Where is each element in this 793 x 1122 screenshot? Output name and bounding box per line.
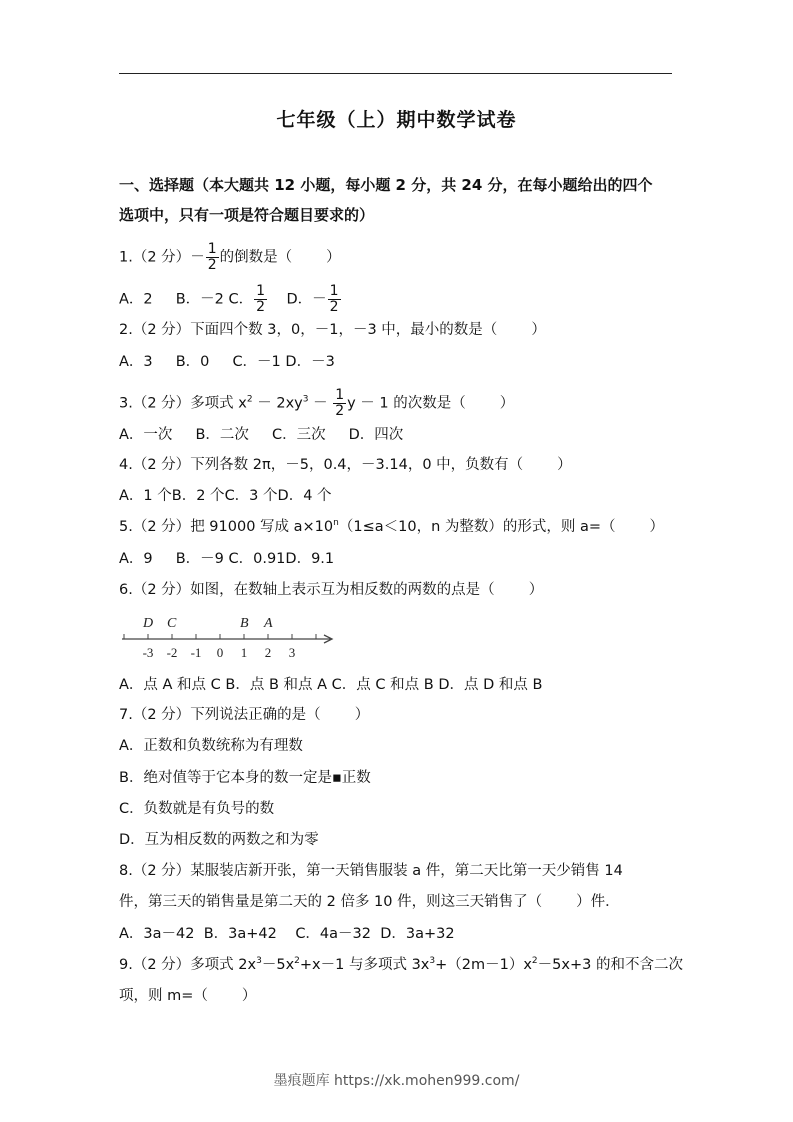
numerator: 1 <box>254 284 267 300</box>
option-a: A．3a－42 <box>119 926 194 942</box>
question-stem: +（2m－1）x <box>435 957 532 973</box>
question-stem: 如图，在数轴上表示互为相反数的两数的点是（ <box>190 582 495 598</box>
question-number: 2. <box>119 322 133 338</box>
fraction: 12 <box>206 242 219 273</box>
tick-label: 2 <box>265 645 272 660</box>
point-label-c: C <box>167 616 177 631</box>
option-a: A．2 <box>119 292 153 308</box>
option-a: A．正数和负数统称为有理数 <box>119 736 303 756</box>
tick-label: -2 <box>167 645 178 660</box>
answer-bracket: ） <box>326 250 341 266</box>
answer-bracket: ） <box>557 457 572 473</box>
point-label-a: A <box>263 616 273 631</box>
answer-bracket: ）件． <box>576 894 620 910</box>
answer-bracket: ） <box>500 396 515 412</box>
question-2-options: A．3 B．0 C．－1 D．－3 <box>119 352 335 372</box>
option-d: D．互为相反数的两数之和为零 <box>119 830 319 850</box>
question-points: （2 分） <box>133 582 190 598</box>
question-stem: －5x+3 的和不含二次 <box>538 957 683 973</box>
question-6: 6.（2 分）如图，在数轴上表示互为相反数的两数的点是（） <box>119 580 543 600</box>
question-9: 9.（2 分）多项式 2x3－5x2+x－1 与多项式 3x3+（2m－1）x2… <box>119 955 683 975</box>
denominator: 2 <box>333 404 346 419</box>
question-stem: － <box>308 396 332 412</box>
question-stem: 某服装店新开张，第一天销售服装 a 件，第二天比第一天少销售 14 <box>190 863 623 879</box>
numerator: 1 <box>206 242 219 258</box>
question-2: 2.（2 分）下面四个数 3，0，－1，－3 中，最小的数是（） <box>119 320 546 340</box>
option-b: B．2 个 <box>172 488 225 504</box>
numerator: 1 <box>333 388 346 404</box>
question-stem: 下列各数 2π，－5，0.4，－3.14，0 中，负数有（ <box>190 457 523 473</box>
question-number: 8. <box>119 863 133 879</box>
page-title: 七年级（上）期中数学试卷 <box>0 105 793 132</box>
option-b: B．0 <box>176 354 210 370</box>
question-points: （2 分） <box>133 863 190 879</box>
question-9-line2: 项，则 m=（） <box>119 986 256 1006</box>
point-label-b: B <box>240 616 249 631</box>
option-d: D．4 个 <box>278 488 332 504</box>
option-b: B．－2 <box>176 292 224 308</box>
option-a: A．一次 <box>119 427 172 443</box>
option-d: D． <box>286 292 312 308</box>
question-points: （2 分） <box>133 519 190 535</box>
option-d: D．四次 <box>349 427 404 443</box>
denominator: 2 <box>254 300 267 315</box>
question-number: 1. <box>119 250 133 266</box>
answer-bracket: ） <box>355 707 370 723</box>
option-b: B．绝对值等于它本身的数一定是▪正数 <box>119 768 371 788</box>
option-a: A．3 <box>119 354 153 370</box>
question-stem: +x－1 与多项式 3x <box>300 957 429 973</box>
question-number: 9. <box>119 957 133 973</box>
question-points: （2 分） <box>133 707 190 723</box>
question-5: 5.（2 分）把 91000 写成 a×10n（1≤a＜10，n 为整数）的形式… <box>119 517 664 537</box>
numerator: 1 <box>328 284 341 300</box>
question-stem: － 2xy <box>253 396 303 412</box>
question-5-options: A．9 B．－9 C．0.91D．9.1 <box>119 549 334 569</box>
question-3-options: A．一次 B．二次 C．三次 D．四次 <box>119 425 403 445</box>
option-d: D．9.1 <box>285 551 334 567</box>
question-number: 5. <box>119 519 133 535</box>
exam-page: 七年级（上）期中数学试卷 一、选择题（本大题共 12 小题，每小题 2 分，共 … <box>0 0 793 1122</box>
option-c: C．0.91 <box>229 551 286 567</box>
option-c: C．三次 <box>272 427 326 443</box>
section-heading-line2: 选项中，只有一项是符合题目要求的） <box>119 205 374 225</box>
question-stem: 下列说法正确的是（ <box>190 707 321 723</box>
question-points: （2 分） <box>133 396 190 412</box>
option-b: B．－9 <box>176 551 224 567</box>
answer-bracket: ） <box>242 988 257 1004</box>
option-c: C．4a－32 <box>295 926 371 942</box>
option-c: C．负数就是有负号的数 <box>119 799 274 819</box>
option-d: D．3a+32 <box>380 926 454 942</box>
question-1-options: A．2 B．－2 C．12 D．－12 <box>119 284 342 315</box>
question-number: 7. <box>119 707 133 723</box>
section-heading-line1: 一、选择题（本大题共 12 小题，每小题 2 分，共 24 分，在每小题给出的四… <box>119 175 653 195</box>
minus-sign: － <box>190 250 205 266</box>
question-stem: 的倒数是（ <box>220 250 293 266</box>
option-c: C． <box>229 292 254 308</box>
question-stem: 多项式 2x <box>190 957 256 973</box>
question-7: 7.（2 分）下列说法正确的是（） <box>119 705 369 725</box>
question-3: 3.（2 分）多项式 x2 － 2xy3 － 12y － 1 的次数是（） <box>119 388 514 419</box>
option-b: B．点 B 和点 A <box>225 677 327 693</box>
question-stem: 下面四个数 3，0，－1，－3 中，最小的数是（ <box>190 322 497 338</box>
option-a: A．1 个 <box>119 488 172 504</box>
option-a: A．9 <box>119 551 153 567</box>
question-4: 4.（2 分）下列各数 2π，－5，0.4，－3.14，0 中，负数有（） <box>119 455 572 475</box>
fraction: 12 <box>254 284 267 315</box>
answer-bracket: ） <box>650 519 665 535</box>
answer-bracket: ） <box>529 582 544 598</box>
question-points: （2 分） <box>133 957 190 973</box>
fraction: 12 <box>328 284 341 315</box>
question-stem: （1≤a＜10，n 为整数）的形式，则 a=（ <box>339 519 616 535</box>
question-8-line2: 件，第三天的销售量是第二天的 2 倍多 10 件，则这三天销售了（）件． <box>119 892 620 912</box>
tick-label: -1 <box>191 645 202 660</box>
question-4-options: A．1 个B．2 个C．3 个D．4 个 <box>119 486 332 506</box>
question-6-options: A．点 A 和点 C B．点 B 和点 A C．点 C 和点 B D．点 D 和… <box>119 675 542 695</box>
question-number: 6. <box>119 582 133 598</box>
option-d: D．－3 <box>285 354 334 370</box>
tick-label: 3 <box>289 645 296 660</box>
option-c: C．－1 <box>232 354 280 370</box>
question-number: 3. <box>119 396 133 412</box>
question-stem: 把 91000 写成 a×10 <box>190 519 333 535</box>
question-stem: 件，第三天的销售量是第二天的 2 倍多 10 件，则这三天销售了（ <box>119 894 542 910</box>
answer-bracket: ） <box>531 322 546 338</box>
option-d: D．点 D 和点 B <box>438 677 542 693</box>
denominator: 2 <box>328 300 341 315</box>
tick-label: 0 <box>217 645 224 660</box>
question-points: （2 分） <box>133 457 190 473</box>
denominator: 2 <box>206 258 219 273</box>
tick-label: -3 <box>143 645 154 660</box>
minus-sign: － <box>312 292 327 308</box>
question-8: 8.（2 分）某服装店新开张，第一天销售服装 a 件，第二天比第一天少销售 14 <box>119 861 623 881</box>
question-stem: －5x <box>262 957 294 973</box>
option-c: C．点 C 和点 B <box>332 677 434 693</box>
header-rule <box>119 73 672 74</box>
question-1: 1.（2 分）－12的倒数是（） <box>119 242 341 273</box>
question-stem: y － 1 的次数是（ <box>347 396 466 412</box>
question-number: 4. <box>119 457 133 473</box>
point-label-d: D <box>142 616 153 631</box>
option-c: C．3 个 <box>225 488 278 504</box>
tick-label: 1 <box>241 645 248 660</box>
question-stem: 项，则 m=（ <box>119 988 208 1004</box>
option-a: A．点 A 和点 C <box>119 677 221 693</box>
question-points: （2 分） <box>133 322 190 338</box>
option-b: B．3a+42 <box>204 926 277 942</box>
footer-watermark: 墨痕题库 https://xk.mohen999.com/ <box>0 1070 793 1090</box>
question-8-options: A．3a－42 B．3a+42 C．4a－32 D．3a+32 <box>119 924 455 944</box>
question-points: （2 分） <box>133 250 190 266</box>
question-stem: 多项式 x <box>190 396 247 412</box>
option-b: B．二次 <box>195 427 248 443</box>
number-line-figure: D C B A -3 -2 -1 0 1 2 3 <box>119 612 339 664</box>
fraction: 12 <box>333 388 346 419</box>
